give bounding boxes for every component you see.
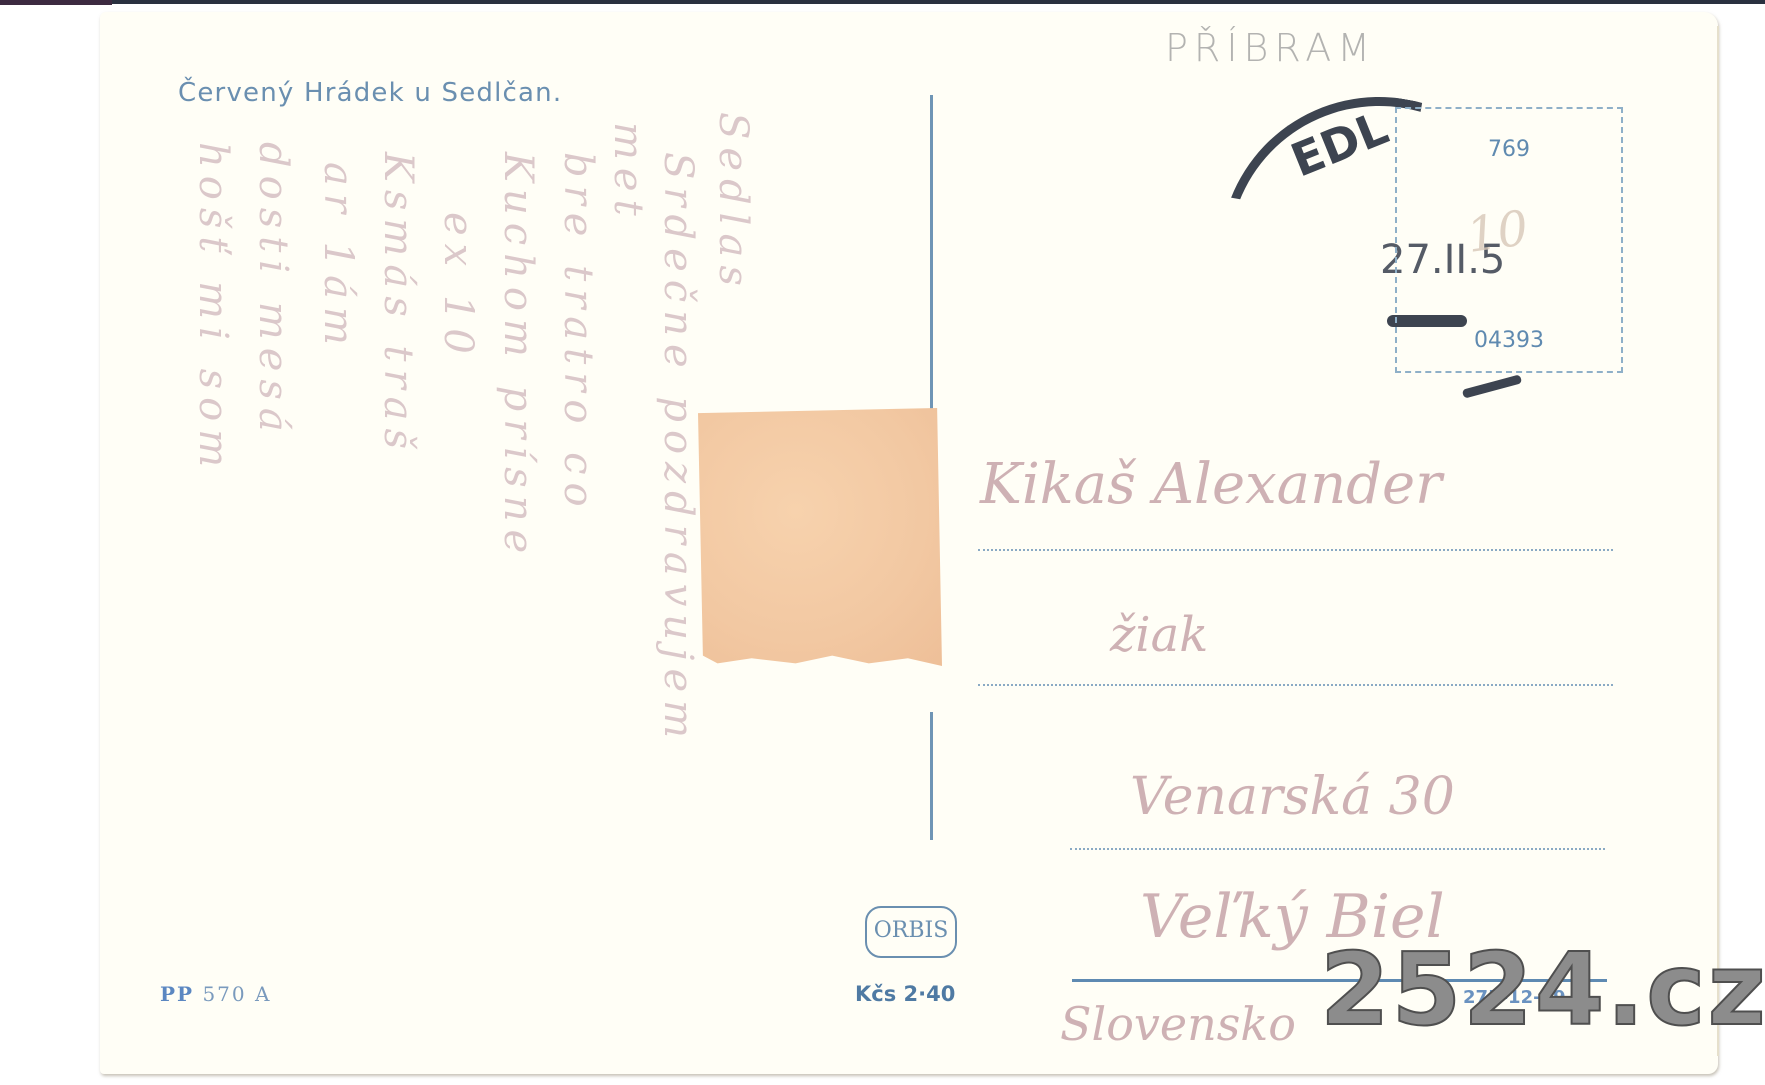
address-line-name: Kikaš Alexander	[980, 452, 1442, 517]
message-column: ar 1ám	[315, 162, 361, 353]
address-line-street: Venarská 30	[1130, 767, 1455, 827]
stamp-box-pencil-mark: 10	[1463, 200, 1531, 264]
message-column: hošť mi som	[190, 142, 236, 475]
message-column: ex 10	[435, 212, 481, 362]
postcard: Červený Hrádek u Sedlčan. PŘÍBRAM Sedlas…	[100, 12, 1718, 1074]
print-code-prefix: PP	[160, 982, 194, 1006]
stamp-box-number-bottom: 04393	[1397, 328, 1621, 353]
watermark: 2524.cz	[1320, 940, 1765, 1040]
message-column: Ksmás traš	[375, 152, 421, 457]
message-column: Sedlas	[710, 112, 756, 294]
message-column: Srdečne pozdravujem	[655, 152, 701, 746]
stamp-box: 769 10 04393	[1395, 107, 1623, 373]
address-line-role: žiak	[1110, 607, 1208, 663]
card-edge	[1717, 26, 1719, 1056]
print-code: PP 570 A	[160, 982, 271, 1006]
orbis-logo: ORBIS	[865, 906, 957, 958]
print-code-number: 570 A	[202, 982, 271, 1006]
postmark-bar	[1462, 374, 1522, 398]
postmark: EDL 27.II.5	[1220, 97, 1410, 417]
scan-top-edge-accent	[0, 0, 112, 5]
divider-gap	[926, 662, 936, 712]
torn-paper-patch	[698, 408, 942, 666]
address-dotted-line	[1070, 848, 1605, 850]
message-column: dosti mesá	[250, 142, 296, 440]
message-column: Kuchom prísne	[495, 152, 541, 561]
postcard-title: Červený Hrádek u Sedlčan.	[178, 78, 562, 108]
scan-top-edge	[0, 0, 1765, 4]
price-label: Kčs 2·40	[855, 982, 955, 1006]
address-dotted-line	[978, 684, 1613, 686]
address-line-country: Slovensko	[1060, 997, 1296, 1051]
stamp-box-number-top: 769	[1397, 137, 1621, 162]
handwritten-city: PŘÍBRAM	[1165, 26, 1376, 70]
message-column: met	[605, 122, 651, 224]
message-column: bre tratro co	[555, 152, 601, 515]
address-dotted-line	[978, 549, 1613, 551]
